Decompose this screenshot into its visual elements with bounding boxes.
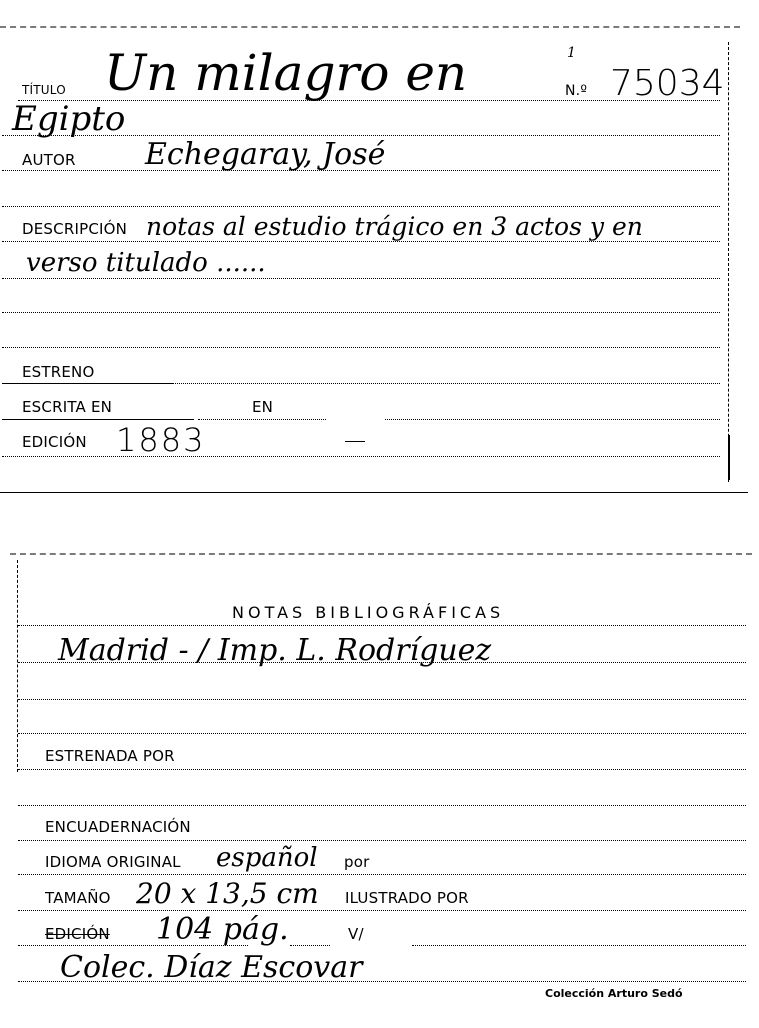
titulo-rule-2: [2, 135, 720, 136]
edicion-label: EDICIÓN: [22, 435, 87, 450]
autor-value: Echegaray, José: [145, 140, 385, 170]
card-2-edge-noise: [10, 553, 752, 555]
tamano-rule: [18, 910, 746, 911]
descripcion-value-line1: notas al estudio trágico en 3 actos y en: [146, 214, 643, 239]
estrenada-por-label: ESTRENADA POR: [45, 749, 175, 764]
tamano-value: 20 x 13,5 cm: [136, 880, 319, 908]
descripcion-label: DESCRIPCIÓN: [22, 222, 127, 237]
footer-coleccion: Colección Arturo Sedó: [545, 987, 683, 1000]
edicion-value: 1883: [116, 424, 205, 456]
descripcion-rule-2: [2, 278, 720, 279]
blank-rule-2: [2, 312, 720, 313]
numero-superscript: 1: [567, 46, 576, 60]
autor-rule: [2, 170, 720, 171]
en-rule: [198, 419, 326, 420]
titulo-value-line2: Egipto: [12, 102, 125, 136]
coleccion-rule: [18, 981, 746, 982]
autor-label: AUTOR: [22, 153, 76, 168]
card-edge-noise: [0, 26, 740, 28]
escrita-en-label: ESCRITA EN: [22, 400, 112, 415]
en-label: EN: [252, 400, 273, 415]
idioma-label: IDIOMA ORIGINAL: [45, 855, 181, 870]
por-label: por: [344, 855, 369, 870]
idioma-rule: [18, 874, 746, 875]
card-1-bottom-edge: [0, 492, 748, 493]
titulo-label: TÍTULO: [22, 84, 66, 96]
numero-label: N.º: [565, 84, 587, 98]
edicion-label-struck: EDICIÓN: [45, 927, 110, 942]
estrenada-por-rule: [18, 769, 746, 770]
notas-rule-3: [18, 699, 746, 700]
blank-rule-3: [2, 347, 720, 348]
card-right-border-solid: [728, 435, 730, 480]
idioma-value: español: [216, 845, 318, 871]
notas-heading: NOTAS BIBLIOGRÁFICAS: [232, 603, 504, 622]
tamano-label: TAMAÑO: [45, 891, 111, 906]
notas-rule-2: [18, 662, 746, 663]
card-right-border: [728, 42, 729, 482]
estreno-rule-solid: [2, 383, 172, 384]
paginas-value: 104 pág.: [156, 915, 289, 945]
titulo-value: Un milagro en: [104, 48, 467, 98]
numero-value: 75034: [610, 66, 725, 102]
encuadernacion-label: ENCUADERNACIÓN: [45, 820, 191, 835]
edicion-rule-mid: [290, 945, 330, 946]
edicion-rule: [2, 456, 720, 457]
estreno-label: ESTRENO: [22, 365, 95, 380]
blank-rule-4: [18, 805, 746, 806]
coleccion-value: Colec. Díaz Escovar: [60, 953, 362, 983]
v-label: V/: [348, 927, 364, 942]
edicion-rule-right: [412, 945, 746, 946]
escrita-en-rule: [2, 419, 194, 420]
blank-rule-1: [2, 206, 720, 207]
encuadernacion-rule: [18, 840, 746, 841]
descripcion-rule: [2, 241, 720, 242]
notas-rule-4: [18, 733, 746, 734]
card-2-left-border: [17, 560, 18, 772]
escrita-rule-right: [385, 419, 720, 420]
ilustrado-por-label: ILUSTRADO POR: [345, 891, 469, 906]
notas-rule-1: [18, 625, 746, 626]
edicion-dash-mark: [345, 441, 365, 442]
edicion-rule-left: [18, 945, 248, 946]
descripcion-value-line2: verso titulado ......: [26, 250, 266, 276]
estreno-rule: [172, 383, 720, 384]
